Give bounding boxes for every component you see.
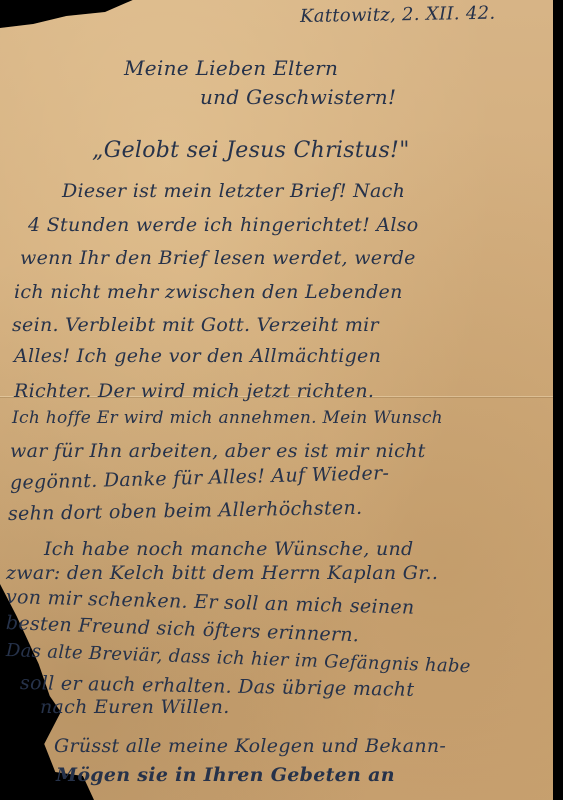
body-line-3: wenn Ihr den Brief lesen werdet, werde: [20, 247, 416, 269]
salutation-line-1: Meine Lieben Eltern: [124, 56, 338, 80]
body-line-20: Mögen sie in Ihren Gebeten an: [56, 764, 395, 786]
body-line-19: Grüsst alle meine Kolegen und Bekann-: [54, 735, 446, 757]
body-line-10: gegönnt. Danke für Alles! Auf Wieder-: [10, 462, 390, 494]
body-line-13: zwar: den Kelch bitt dem Herrn Kaplan Gr…: [6, 562, 438, 584]
scan-canvas: Kattowitz, 2. XII. 42. Meine Lieben Elte…: [0, 0, 563, 800]
body-line-7: Richter. Der wird mich jetzt richten.: [14, 380, 374, 402]
body-line-5: sein. Verbleibt mit Gott. Verzeiht mir: [12, 314, 379, 336]
handwritten-letter: Kattowitz, 2. XII. 42. Meine Lieben Elte…: [0, 0, 553, 800]
body-line-11: sehn dort oben beim Allerhöchsten.: [8, 497, 363, 525]
date-line: Kattowitz, 2. XII. 42.: [300, 3, 496, 27]
body-line-18: nach Euren Willen.: [40, 696, 230, 718]
body-line-2: 4 Stunden werde ich hingerichtet! Also: [28, 214, 419, 236]
body-line-12: Ich habe noch manche Wünsche, und: [44, 538, 414, 560]
body-line-1: Dieser ist mein letzter Brief! Nach: [62, 180, 405, 202]
body-line-8: Ich hoffe Er wird mich annehmen. Mein Wu…: [12, 408, 443, 428]
salutation-line-2: und Geschwistern!: [200, 85, 396, 109]
body-line-16: Das alte Breviär, dass ich hier im Gefän…: [6, 640, 471, 677]
greeting-line: „Gelobt sei Jesus Christus!": [92, 138, 410, 163]
body-line-6: Alles! Ich gehe vor den Allmächtigen: [14, 345, 381, 367]
body-line-9: war für Ihn arbeiten, aber es ist mir ni…: [10, 440, 426, 462]
body-line-4: ich nicht mehr zwischen den Lebenden: [14, 281, 403, 303]
